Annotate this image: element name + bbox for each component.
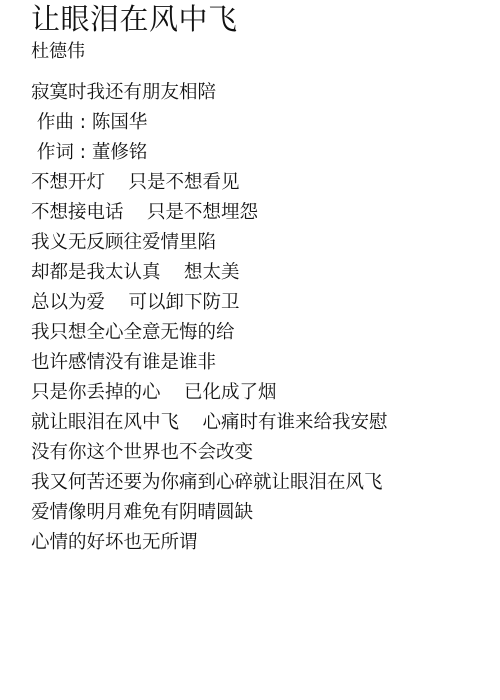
lyric-line: 没有你这个世界也不会改变	[31, 438, 388, 468]
lyric-line: 我又何苦还要为你痛到心碎就让眼泪在风飞	[31, 468, 388, 498]
lyric-line: 总以为爱 可以卸下防卫	[31, 288, 388, 318]
lyric-line: 不想开灯 只是不想看见	[31, 168, 388, 198]
lyric-line: 心情的好坏也无所谓	[31, 528, 388, 558]
lyric-line: 爱情像明月难免有阴晴圆缺	[31, 498, 388, 528]
lyric-line: 我义无反顾往爱情里陷	[31, 228, 388, 258]
song-title: 让眼泪在风中飞	[31, 1, 238, 37]
lyric-line-composer: 作曲 : 陈国华	[31, 108, 388, 138]
lyric-line: 我只想全心全意无悔的给	[31, 318, 388, 348]
lyric-line: 也许感情没有谁是谁非	[31, 348, 388, 378]
song-artist: 杜德伟	[31, 40, 85, 64]
lyric-line: 只是你丢掉的心 已化成了烟	[31, 378, 388, 408]
lyrics-list: 寂寞时我还有朋友相陪 作曲 : 陈国华 作词 : 董修铭 不想开灯 只是不想看见…	[31, 78, 388, 558]
lyric-line-lyricist: 作词 : 董修铭	[31, 138, 388, 168]
lyric-line: 寂寞时我还有朋友相陪	[31, 78, 388, 108]
lyric-line: 不想接电话 只是不想埋怨	[31, 198, 388, 228]
lyric-line: 就让眼泪在风中飞 心痛时有谁来给我安慰	[31, 408, 388, 438]
lyric-line: 却都是我太认真 想太美	[31, 258, 388, 288]
